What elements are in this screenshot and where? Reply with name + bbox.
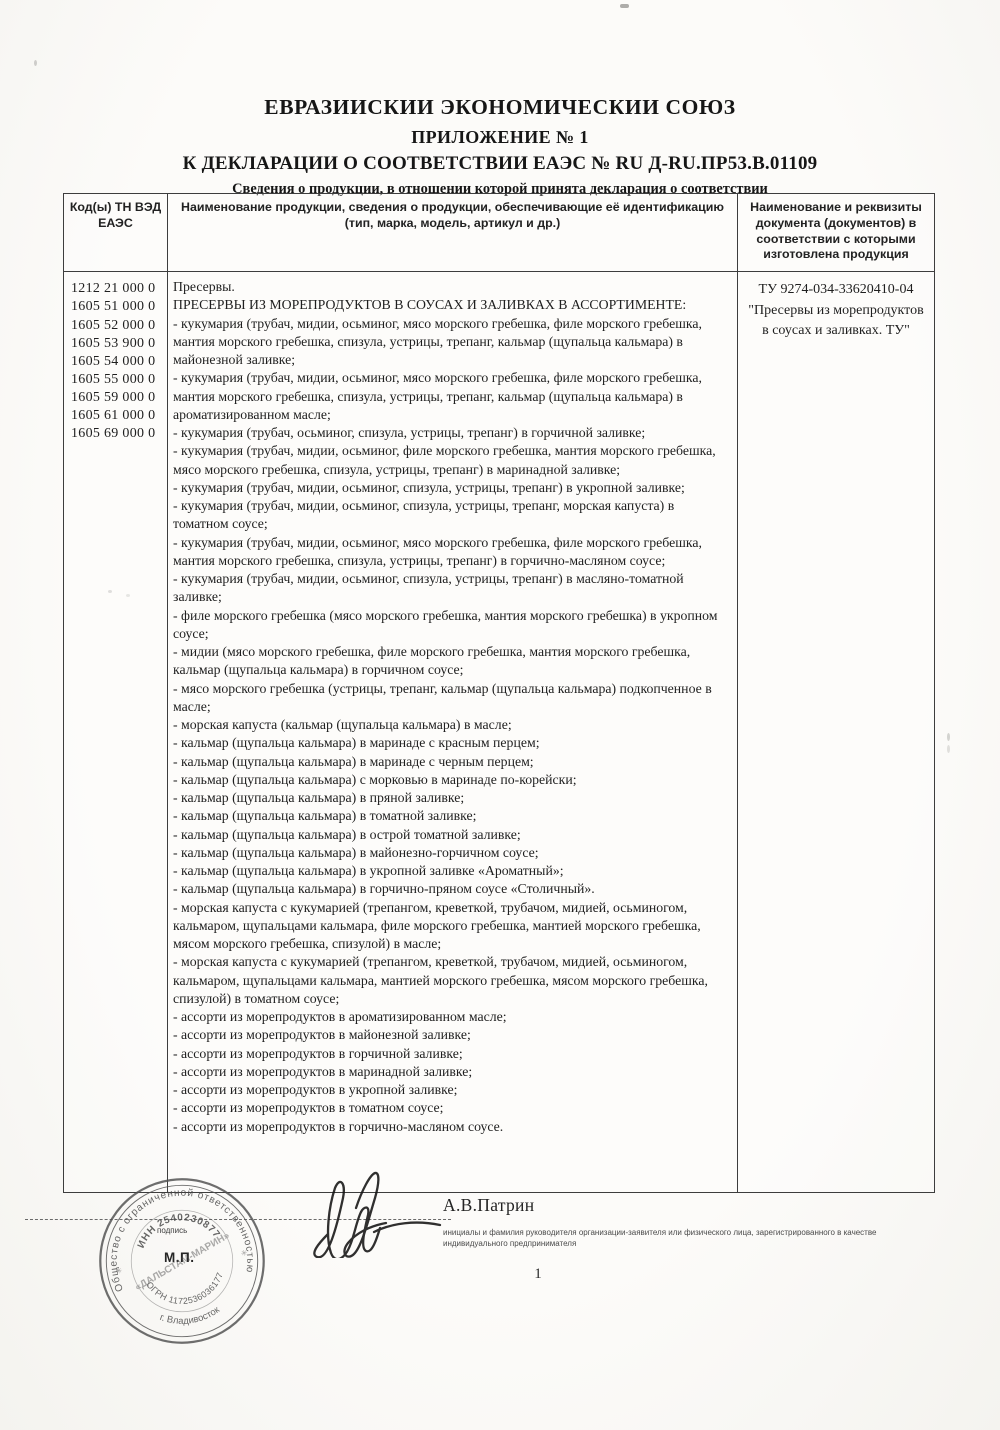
scan-artifact xyxy=(947,733,950,741)
tnved-code: 1605 59 000 0 xyxy=(71,389,167,407)
product-line: - кукумария (трубач, мидии, осьминог, мя… xyxy=(173,534,731,571)
product-line: - кальмар (щупальца кальмара) в пряной з… xyxy=(173,789,731,807)
stamp-org-type-text: Общество с ограниченной ответственностью xyxy=(98,1178,257,1294)
product-line: - кукумария (трубач, мидии, осьминог, мя… xyxy=(173,369,731,424)
product-line: - кальмар (щупальца кальмара) в томатной… xyxy=(173,807,731,825)
column-header-document: Наименование и реквизиты документа (доку… xyxy=(738,194,934,271)
document-page: ↓ ЕВРАЗИИСКИИ ЭКОНОМИЧЕСКИИ СОЮЗ ПРИЛОЖЕ… xyxy=(0,0,1000,1430)
tnved-code: 1605 51 000 0 xyxy=(71,298,167,316)
tnved-code: 1605 55 000 0 xyxy=(71,371,167,389)
product-line: - ассорти из морепродуктов в ароматизиро… xyxy=(173,1008,731,1026)
table-body-row: 1212 21 000 01605 51 000 01605 52 000 01… xyxy=(64,272,934,1192)
product-line: - кукумария (трубач, мидии, осьминог, фи… xyxy=(173,442,731,479)
svg-text:Общество с ограниченной ответс: Общество с ограниченной ответственностью xyxy=(98,1178,257,1294)
product-line: - филе морского гребешка (мясо морского … xyxy=(173,607,731,644)
scan-artifact xyxy=(620,4,629,8)
signatory-footnote: инициалы и фамилия руководителя организа… xyxy=(443,1227,943,1249)
signatory-name: А.В.Патрин xyxy=(443,1195,534,1216)
product-line: Пресервы. xyxy=(173,278,731,296)
product-line: - морская капуста с кукумарией (трепанго… xyxy=(173,899,731,954)
product-line: - мясо морского гребешка (устрицы, трепа… xyxy=(173,680,731,717)
tnved-code: 1605 53 900 0 xyxy=(71,335,167,353)
column-header-product: Наименование продукции, сведения о проду… xyxy=(167,194,738,271)
product-line: - кукумария (трубач, мидии, осьминог, сп… xyxy=(173,497,731,534)
declaration-number-title: К ДЕКЛАРАЦИИ О СООТВЕТСТВИИ ЕАЭС № RU Д-… xyxy=(0,153,1000,175)
stamp-star-left: ✳ xyxy=(115,1266,123,1276)
tnved-code: 1212 21 000 0 xyxy=(71,280,167,298)
page-number: 1 xyxy=(523,1266,553,1283)
product-line: - кукумария (трубач, осьминог, спизула, … xyxy=(173,424,731,442)
tnved-code: 1605 69 000 0 xyxy=(71,425,167,443)
product-line: - кукумария (трубач, мидии, осьминог, сп… xyxy=(173,479,731,497)
product-line: - ассорти из морепродуктов в укропной за… xyxy=(173,1081,731,1099)
product-line: - кальмар (щупальца кальмара) с морковью… xyxy=(173,771,731,789)
company-stamp: Общество с ограниченной ответственностью… xyxy=(85,1164,279,1358)
svg-text:г. Владивосток: г. Владивосток xyxy=(157,1303,224,1330)
product-line: ПРЕСЕРВЫ ИЗ МОРЕПРОДУКТОВ В СОУСАХ И ЗАЛ… xyxy=(173,296,731,314)
product-line: - кальмар (щупальца кальмара) в укропной… xyxy=(173,862,731,880)
product-table: Код(ы) ТН ВЭД ЕАЭС Наименование продукци… xyxy=(63,193,935,1193)
tnved-code: 1605 54 000 0 xyxy=(71,353,167,371)
scan-artifact xyxy=(34,60,37,66)
footnote-line: индивидуального предпринимателя xyxy=(443,1238,943,1249)
tnved-code: 1605 61 000 0 xyxy=(71,407,167,425)
product-line: - морская капуста (кальмар (щупальца кал… xyxy=(173,716,731,734)
product-line: - кальмар (щупальца кальмара) в горчично… xyxy=(173,880,731,898)
footnote-line: инициалы и фамилия руководителя организа… xyxy=(443,1227,943,1238)
product-line: - морская капуста с кукумарией (трепанго… xyxy=(173,953,731,1008)
product-line: - ассорти из морепродуктов в томатном со… xyxy=(173,1099,731,1117)
product-line: - кальмар (щупальца кальмара) в маринаде… xyxy=(173,753,731,771)
handwritten-signature xyxy=(304,1168,446,1258)
product-line: - кальмар (щупальца кальмара) в маринаде… xyxy=(173,734,731,752)
product-line: - ассорти из морепродуктов в майонезной … xyxy=(173,1026,731,1044)
product-list: Пресервы.ПРЕСЕРВЫ ИЗ МОРЕПРОДУКТОВ В СОУ… xyxy=(167,272,738,1192)
table-header-row: Код(ы) ТН ВЭД ЕАЭС Наименование продукци… xyxy=(64,194,934,272)
product-line: - кальмар (щупальца кальмара) в острой т… xyxy=(173,826,731,844)
document-header: ЕВРАЗИИСКИИ ЭКОНОМИЧЕСКИИ СОЮЗ ПРИЛОЖЕНИ… xyxy=(0,95,1000,198)
tu-document-cell: ТУ 9274-034-33620410-04 "Пресервы из мор… xyxy=(738,272,934,1192)
tnved-codes-list: 1212 21 000 01605 51 000 01605 52 000 01… xyxy=(64,272,167,1192)
column-header-code: Код(ы) ТН ВЭД ЕАЭС xyxy=(64,194,167,271)
product-line: - мидии (мясо морского гребешка, филе мо… xyxy=(173,643,731,680)
product-line: - кукумария (трубач, мидии, осьминог, мя… xyxy=(173,315,731,370)
product-line: - кальмар (щупальца кальмара) в майонезн… xyxy=(173,844,731,862)
tnved-code: 1605 52 000 0 xyxy=(71,317,167,335)
product-line: - ассорти из морепродуктов в горчично-ма… xyxy=(173,1118,731,1136)
union-title: ЕВРАЗИИСКИИ ЭКОНОМИЧЕСКИИ СОЮЗ xyxy=(0,95,1000,120)
product-line: - ассорти из морепродуктов в горчичной з… xyxy=(173,1045,731,1063)
product-line: - ассорти из морепродуктов в маринадной … xyxy=(173,1063,731,1081)
stamp-city-text: г. Владивосток xyxy=(157,1303,224,1330)
product-line: - кукумария (трубач, мидии, осьминог, сп… xyxy=(173,570,731,607)
appendix-title: ПРИЛОЖЕНИЕ № 1 xyxy=(0,127,1000,148)
